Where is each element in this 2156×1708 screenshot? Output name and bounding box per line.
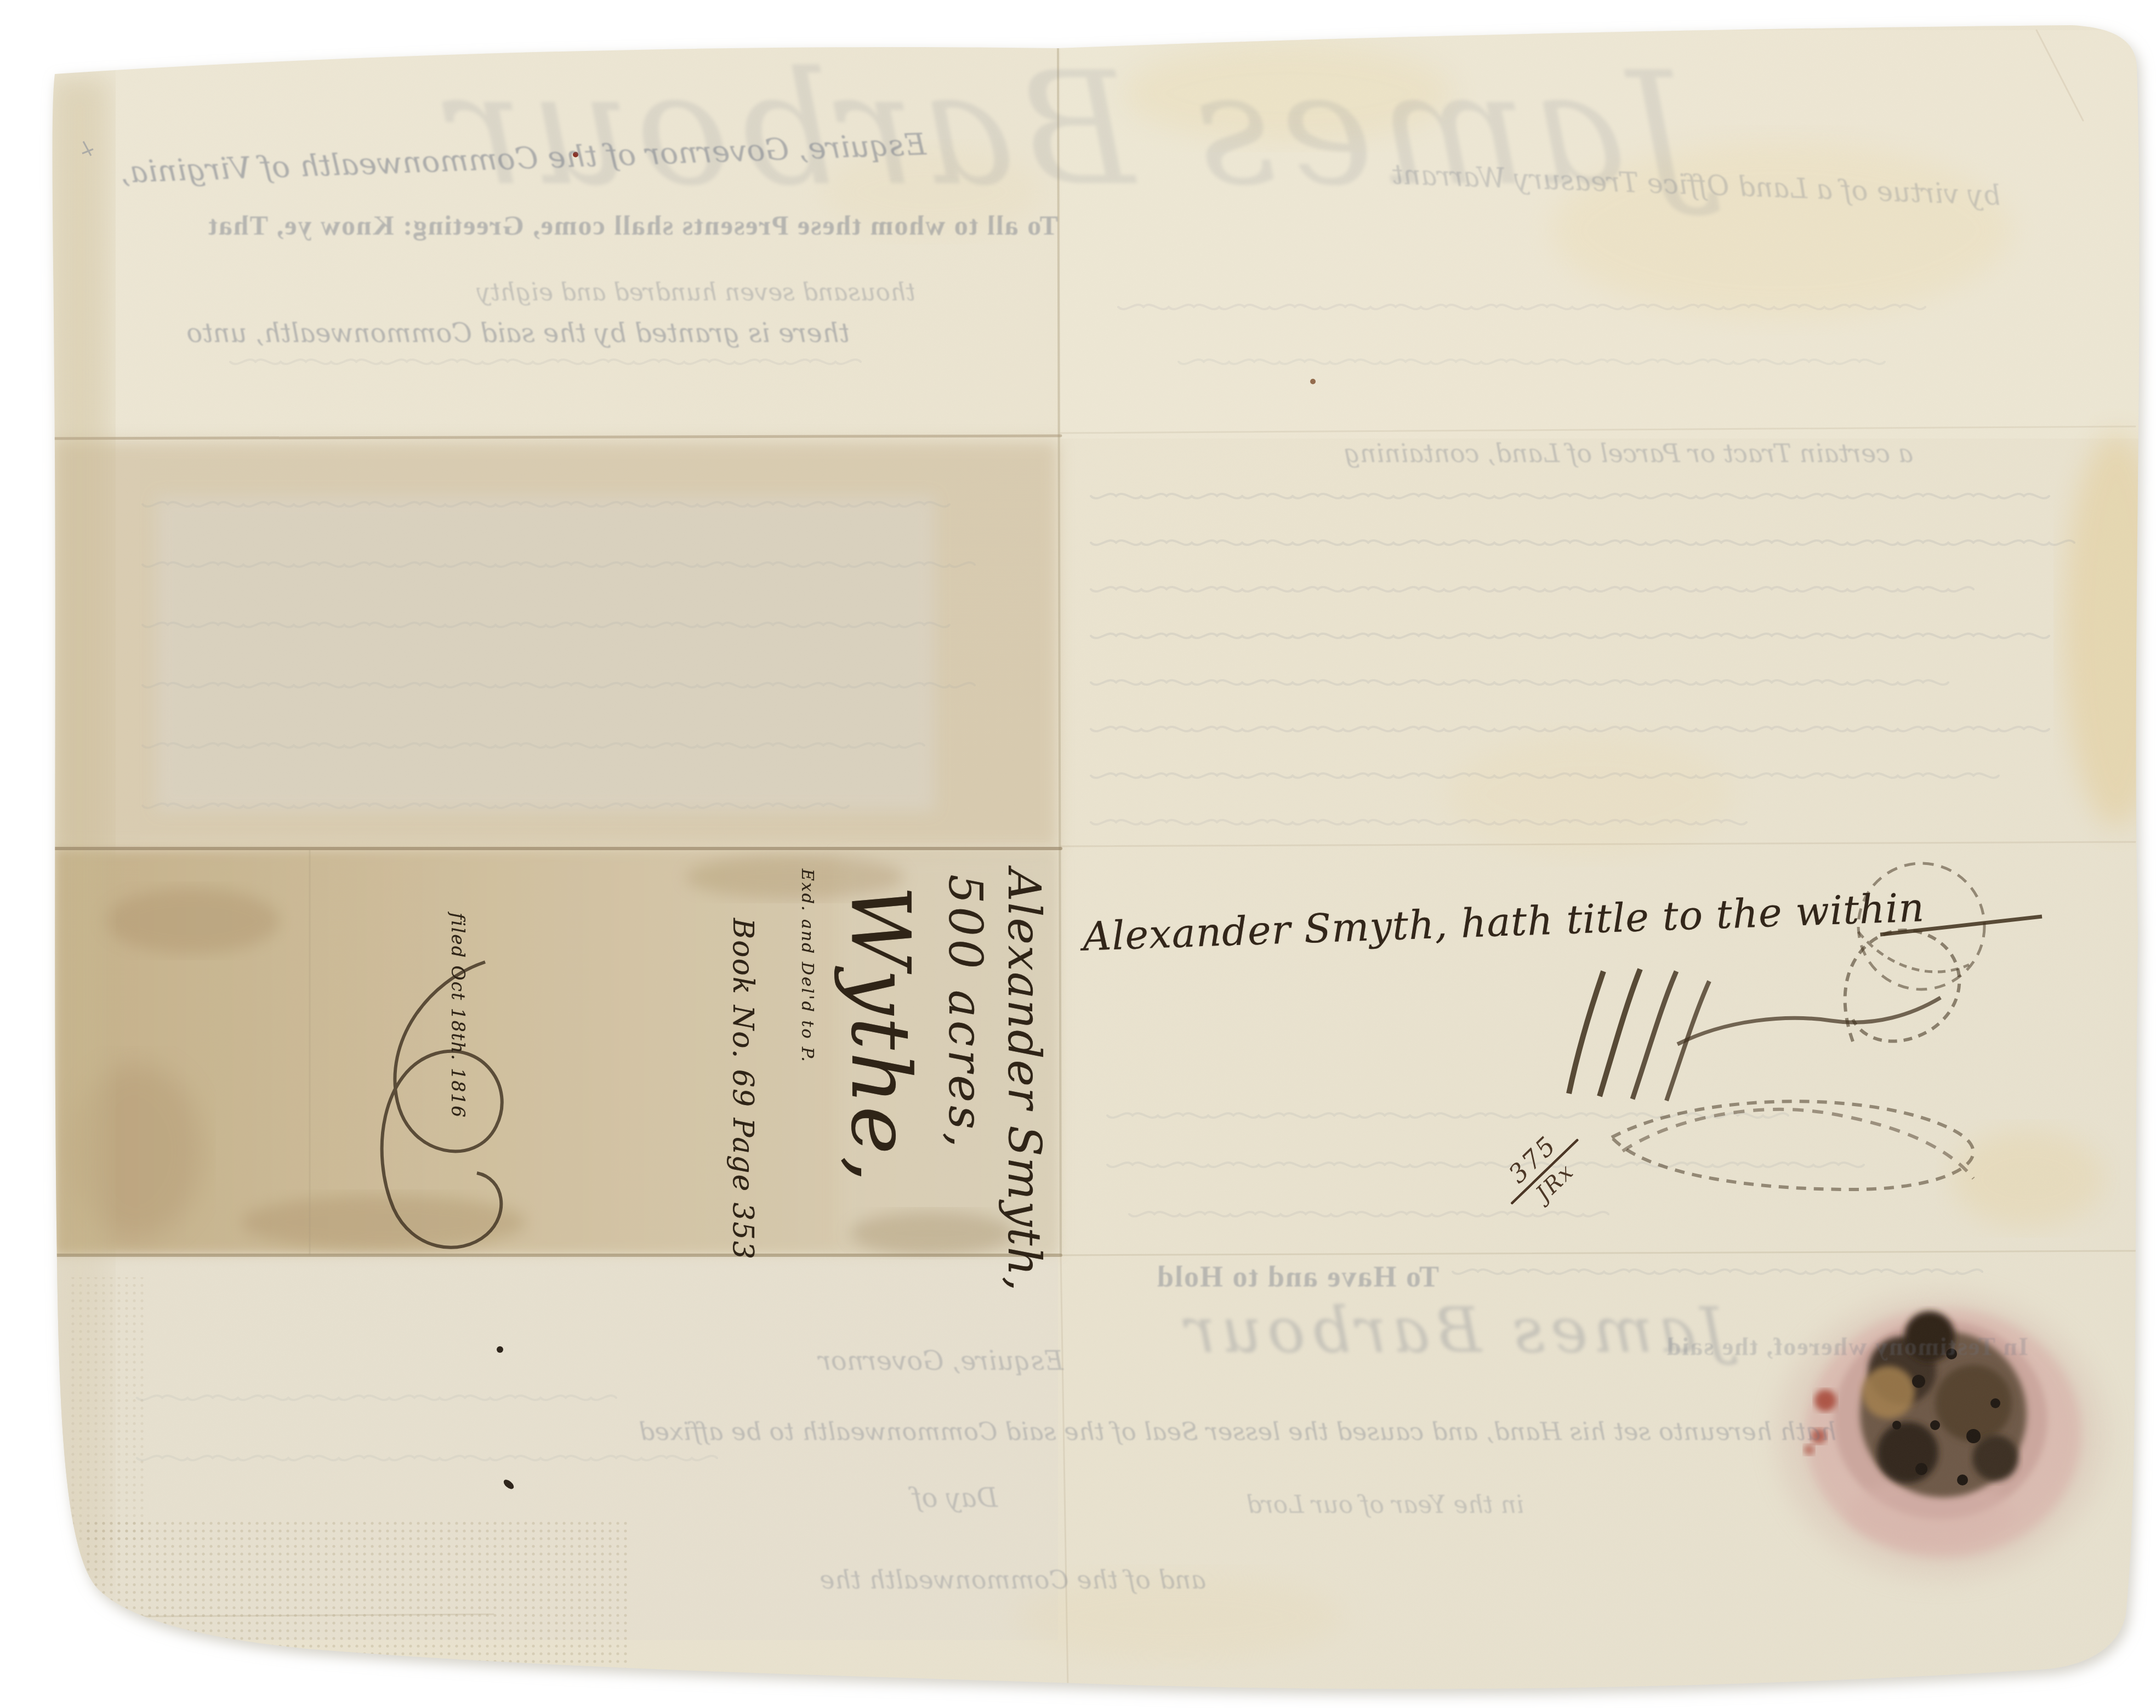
photograph-of-parchment-document: James Barbour Esquire, Governor of the C… xyxy=(0,0,2156,1708)
bleedthrough-presents-line: To all to whom these Presents shall come… xyxy=(82,209,1058,241)
bleedthrough-year-fragment: in the Year of our Lord xyxy=(1085,1491,1524,1519)
docket-delivery-note: Exd. and Del'd to P. xyxy=(798,858,817,1242)
bleedthrough-habendum-line: To Have and to Hold xyxy=(1072,1260,1439,1294)
bleedthrough-day-fragment: Day of xyxy=(833,1483,998,1513)
parchment-artwork xyxy=(0,0,2156,1708)
docket-block: Alexander Smyth, 500 acres, Wythe, Exd. … xyxy=(315,858,1050,1242)
bleedthrough-seal-line: hath hereunto set his Hand, and caused t… xyxy=(493,1417,1836,1446)
docket-filing-date: filed Oct 18th. 1816 xyxy=(447,858,469,1242)
bleedthrough-granted-line: there is granted by the said Commonwealt… xyxy=(82,318,850,349)
bleedthrough-commonwealth-fragment: and of the Commonwealth the xyxy=(521,1565,1206,1595)
bleedthrough-fragment-line: thousand seven hundred and eighty xyxy=(230,278,915,306)
docket-grantee-name: Alexander Smyth, xyxy=(998,858,1050,1242)
docket-county: Wythe, xyxy=(833,858,928,1242)
docket-book-page: Book No. 69 Page 353 xyxy=(726,858,759,1242)
parchment-grain xyxy=(0,0,2156,1708)
docket-acreage: 500 acres, xyxy=(938,858,992,1242)
bleedthrough-esquire-fragment: Esquire, Governor xyxy=(680,1346,1063,1376)
bleedthrough-tract-line: a certain Tract or Parcel of Land, conta… xyxy=(1091,439,1913,468)
bleedthrough-governor-name-bottom: James Barbour xyxy=(1096,1294,1727,1367)
